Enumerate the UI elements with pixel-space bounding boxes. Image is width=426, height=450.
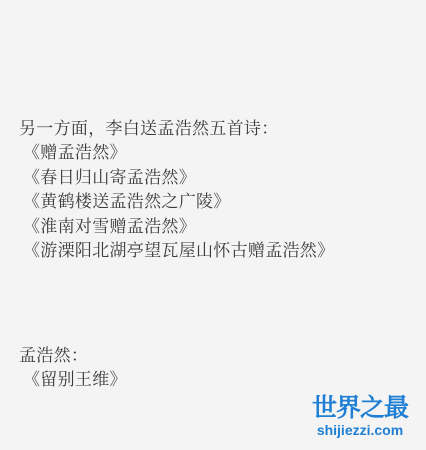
section-heading: 孟浩然：: [19, 344, 127, 368]
poem-title: 《留别王维》: [23, 368, 127, 392]
poem-title: 《淮南对雪赠孟浩然》: [23, 215, 334, 239]
watermark-logo: 世界之最 shijiezzi.com: [296, 394, 424, 438]
section-li-bai-poems: 另一方面，李白送孟浩然五首诗： 《赠孟浩然》 《春日归山寄孟浩然》 《黄鹤楼送孟…: [19, 117, 334, 263]
poem-title: 《游溧阳北湖亭望瓦屋山怀古赠孟浩然》: [23, 239, 334, 263]
section-heading: 另一方面，李白送孟浩然五首诗：: [19, 117, 334, 141]
poem-title: 《赠孟浩然》: [23, 141, 334, 165]
section-meng-haoran-poems: 孟浩然： 《留别王维》: [19, 344, 127, 393]
watermark-cn-text: 世界之最: [296, 394, 424, 422]
watermark-url-text: shijiezzi.com: [296, 422, 424, 438]
poem-title: 《黄鹤楼送孟浩然之广陵》: [23, 190, 334, 214]
poem-title: 《春日归山寄孟浩然》: [23, 166, 334, 190]
